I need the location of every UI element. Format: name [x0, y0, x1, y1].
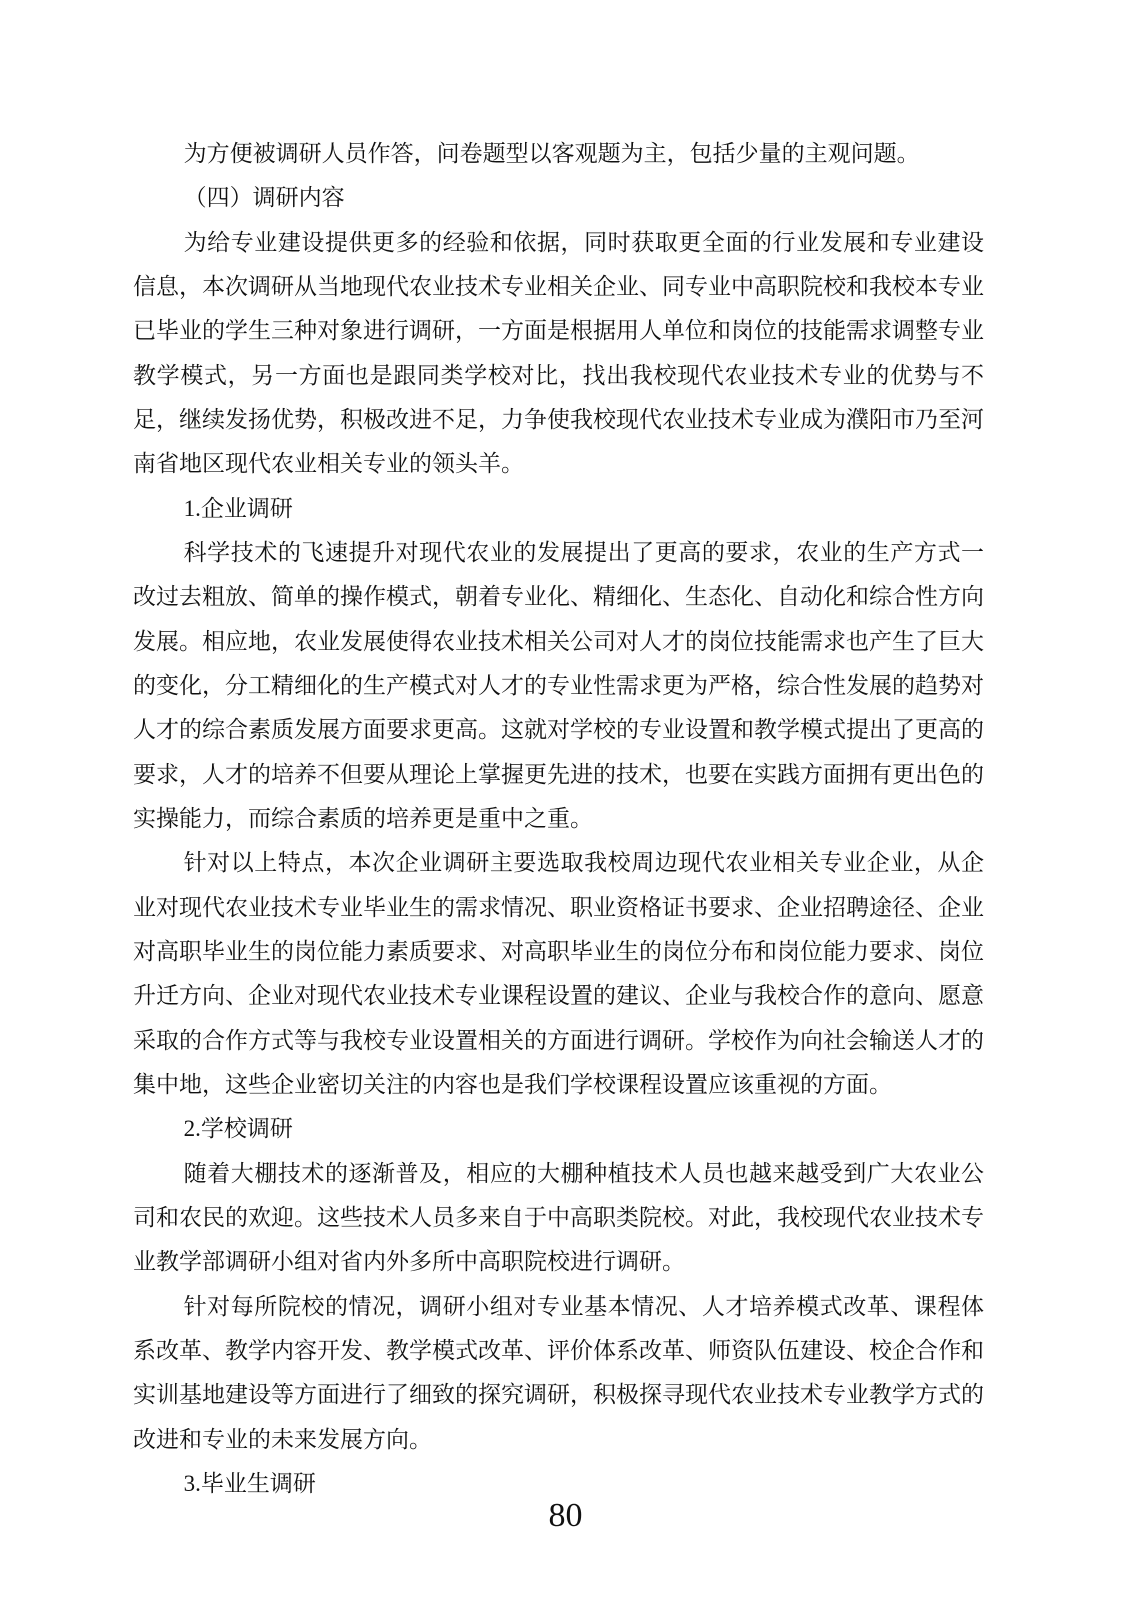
paragraph-enterprise-survey-scope: 针对以上特点，本次企业调研主要选取我校周边现代农业相关专业企业，从企业对现代农业… — [133, 841, 984, 1107]
heading-2-school-survey: 2.学校调研 — [133, 1107, 984, 1151]
document-page: 为方便被调研人员作答，问卷题型以客观题为主，包括少量的主观问题。 （四）调研内容… — [0, 0, 1131, 1600]
document-body: 为方便被调研人员作答，问卷题型以客观题为主，包括少量的主观问题。 （四）调研内容… — [133, 132, 984, 1506]
paragraph-school-survey-aspects: 针对每所院校的情况，调研小组对专业基本情况、人才培养模式改革、课程体系改革、教学… — [133, 1285, 984, 1462]
paragraph-questionnaire-type: 为方便被调研人员作答，问卷题型以客观题为主，包括少量的主观问题。 — [133, 132, 984, 176]
heading-section-4-survey-content: （四）调研内容 — [133, 176, 984, 220]
paragraph-survey-overview: 为给专业建设提供更多的经验和依据，同时获取更全面的行业发展和专业建设信息，本次调… — [133, 221, 984, 487]
paragraph-school-survey-background: 随着大棚技术的逐渐普及，相应的大棚种植技术人员也越来越受到广大农业公司和农民的欢… — [133, 1152, 984, 1285]
page-number: 80 — [0, 1496, 1131, 1536]
paragraph-enterprise-background: 科学技术的飞速提升对现代农业的发展提出了更高的要求，农业的生产方式一改过去粗放、… — [133, 531, 984, 841]
heading-1-enterprise-survey: 1.企业调研 — [133, 487, 984, 531]
